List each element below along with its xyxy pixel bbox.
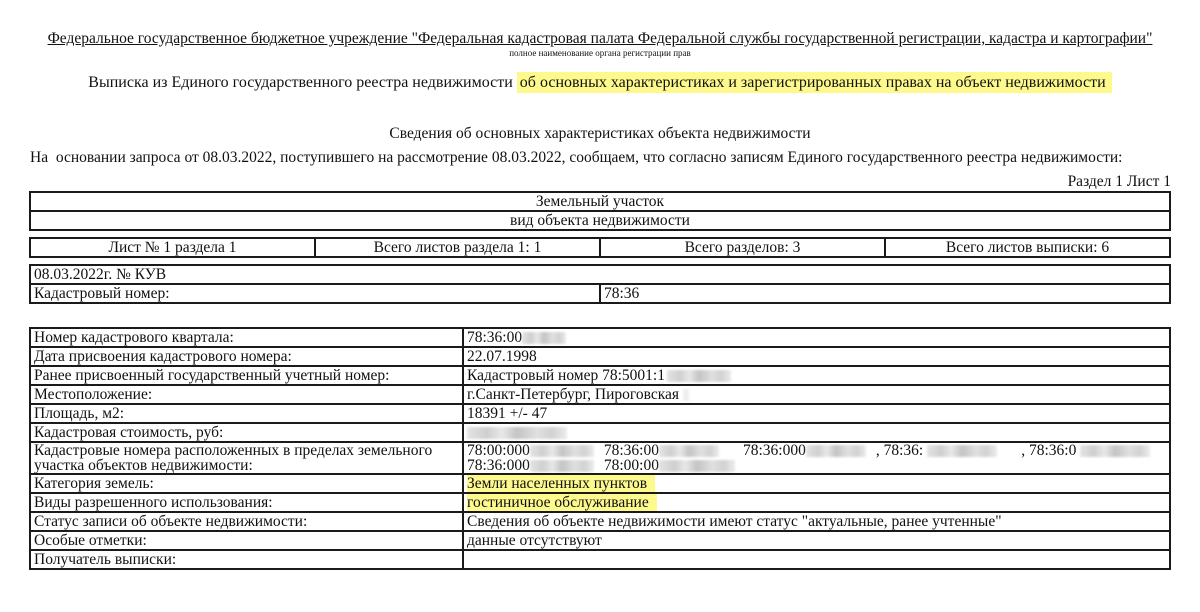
table-row: Кадастровая стоимость, руб: (30, 423, 1170, 442)
row-value: 78:36:00 (463, 328, 1170, 347)
redacted-block (683, 389, 689, 401)
extract-title-highlight: об основных характеристиках и зарегистри… (517, 72, 1112, 93)
sheets-table: Лист № 1 раздела 1 Всего листов раздела … (29, 237, 1171, 258)
table-row: Категория земель: Земли населенных пункт… (30, 474, 1170, 493)
row-label: Кадастровые номера расположенных в преде… (30, 442, 463, 474)
row-label: Кадастровая стоимость, руб: (30, 423, 463, 442)
redacted-block (667, 370, 731, 382)
table-row: Виды разрешенного использования: гостини… (30, 493, 1170, 512)
row-value: г.Санкт-Петербург, Пироговская (463, 385, 1170, 404)
row-value: Земли населенных пунктов (463, 474, 1170, 493)
cadastral-number-label: Кадастровый номер: (30, 284, 600, 303)
row-label: Площадь, м2: (30, 404, 463, 423)
table-row: Номер кадастрового квартала: 78:36:00 (30, 328, 1170, 347)
row-value (463, 550, 1170, 569)
redacted-block (467, 427, 567, 439)
record-table: 08.03.2022г. № КУВ Кадастровый номер: 78… (29, 264, 1171, 304)
organization-name: Федеральное государственное бюджетное уч… (0, 30, 1200, 48)
row-label: Особые отметки: (30, 531, 463, 550)
row-value: Сведения об объекте недвижимости имеют с… (463, 512, 1170, 531)
section-title: Сведения об основных характеристиках объ… (0, 125, 1200, 143)
permitted-use-value: гостиничное обслуживание (467, 494, 657, 511)
record-date-number: 08.03.2022г. № КУВ (30, 265, 1170, 284)
land-category-value: Земли населенных пунктов (467, 475, 655, 492)
redacted-block (522, 332, 566, 344)
row-label: Виды разрешенного использования: (30, 493, 463, 512)
sheet-number: Лист № 1 раздела 1 (30, 238, 315, 257)
extract-title-prefix: Выписка из Единого государственного реес… (88, 74, 513, 91)
row-label: Дата присвоения кадастрового номера: (30, 347, 463, 366)
object-type-caption: вид объекта недвижимости (30, 211, 1170, 230)
row-value (463, 423, 1170, 442)
table-row: Получатель выписки: (30, 550, 1170, 569)
row-value: 18391 +/- 47 (463, 404, 1170, 423)
row-label: Категория земель: (30, 474, 463, 493)
row-label: Номер кадастрового квартала: (30, 328, 463, 347)
row-value: гостиничное обслуживание (463, 493, 1170, 512)
row-value: 78:00:000 78:36:00 78:36:000 , 78:36: , … (463, 442, 1170, 474)
table-row: Особые отметки: данные отсутствуют (30, 531, 1170, 550)
row-value: 22.07.1998 (463, 347, 1170, 366)
section-sheets-total: Всего листов раздела 1: 1 (315, 238, 600, 257)
table-row: Дата присвоения кадастрового номера: 22.… (30, 347, 1170, 366)
row-label: Статус записи об объекте недвижимости: (30, 512, 463, 531)
table-row: Статус записи об объекте недвижимости: С… (30, 512, 1170, 531)
table-row: Ранее присвоенный государственный учетны… (30, 366, 1170, 385)
row-value: Кадастровый номер 78:5001:1 (463, 366, 1170, 385)
organization-caption: полное наименование органа регистрации п… (0, 48, 1200, 59)
details-table: Номер кадастрового квартала: 78:36:00 Да… (29, 327, 1171, 570)
table-row: Местоположение: г.Санкт-Петербург, Пирог… (30, 385, 1170, 404)
sections-total: Всего разделов: 3 (600, 238, 885, 257)
section-sheet-label: Раздел 1 Лист 1 (1068, 173, 1171, 191)
object-type-table: Земельный участок вид объекта недвижимос… (29, 191, 1171, 231)
table-row: Площадь, м2: 18391 +/- 47 (30, 404, 1170, 423)
request-intro: На основании запроса от 08.03.2022, пост… (30, 149, 1123, 167)
extract-title: Выписка из Единого государственного реес… (0, 73, 1200, 93)
cadastral-number-value: 78:36 (600, 284, 1170, 303)
object-type: Земельный участок (30, 192, 1170, 211)
row-value: данные отсутствуют (463, 531, 1170, 550)
extract-sheets-total: Всего листов выписки: 6 (885, 238, 1170, 257)
row-label: Местоположение: (30, 385, 463, 404)
row-label: Ранее присвоенный государственный учетны… (30, 366, 463, 385)
table-row: Кадастровые номера расположенных в преде… (30, 442, 1170, 474)
row-label: Получатель выписки: (30, 550, 463, 569)
